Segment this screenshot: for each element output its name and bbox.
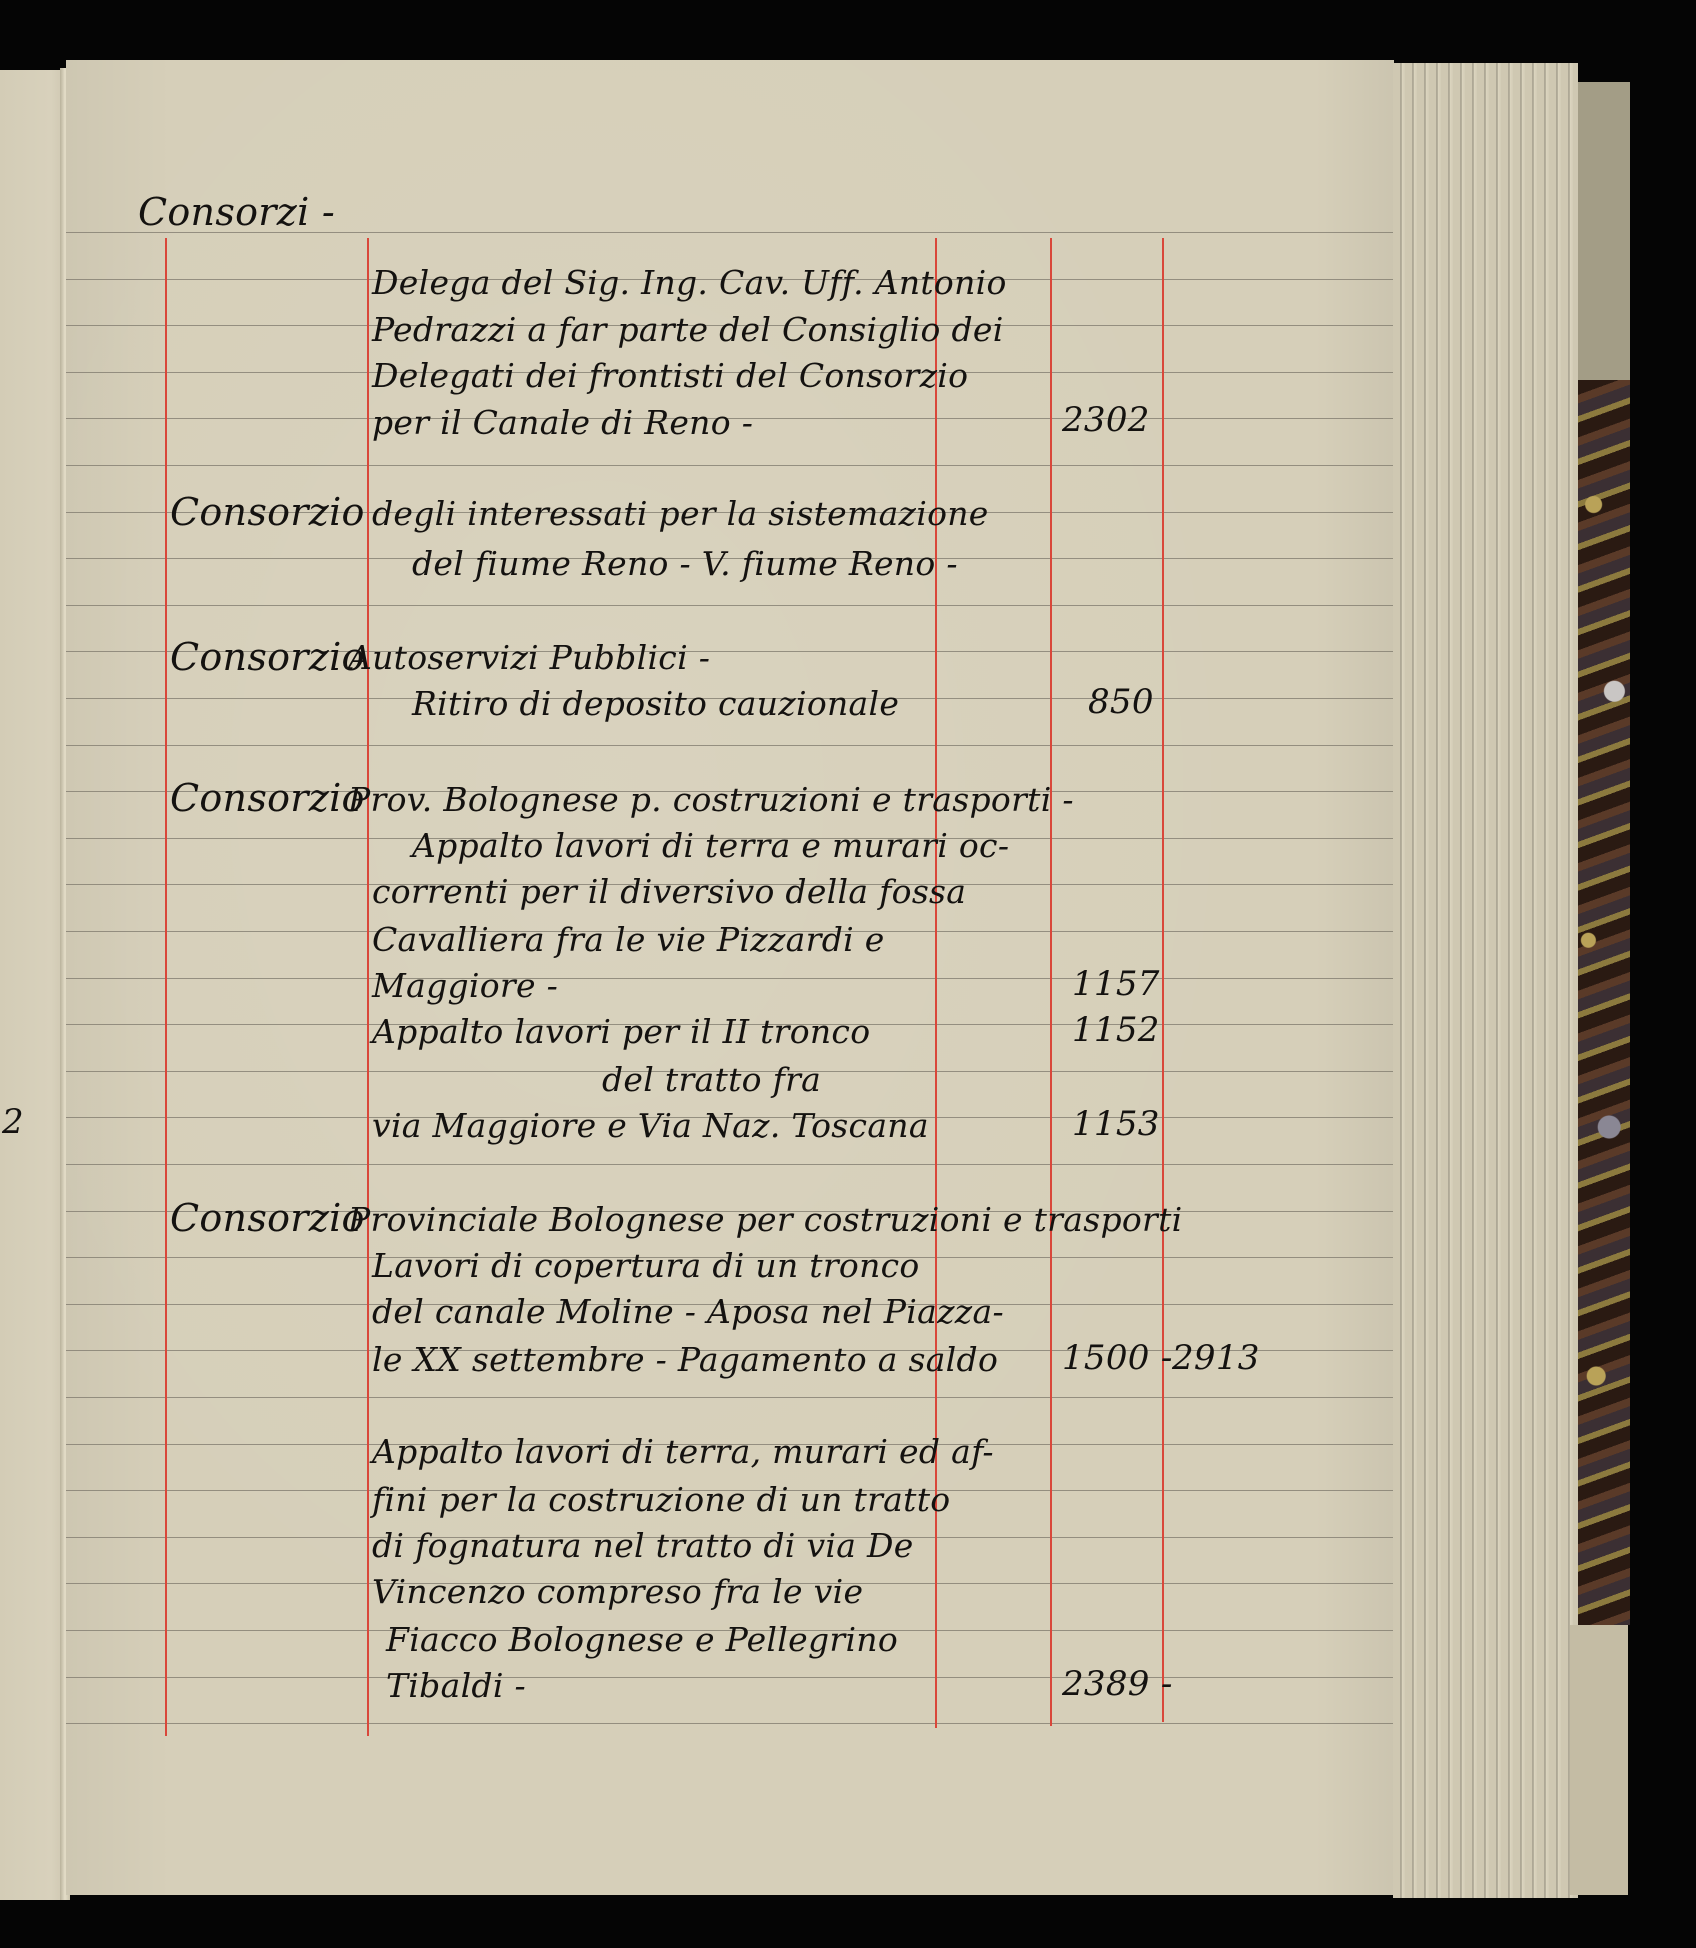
red-rule-1	[165, 238, 167, 1736]
entry-line: del fiume Reno - V. fiume Reno -	[412, 544, 958, 583]
entry-line: Pedrazzi a far parte del Consiglio dei	[372, 310, 1004, 349]
ruled-line	[66, 978, 1394, 979]
red-rule-4	[1050, 238, 1052, 1726]
entry-reference: 1500 -	[1062, 1338, 1173, 1378]
entry-line: Autoservizi Pubblici -	[348, 638, 710, 677]
entry-line: per il Canale di Reno -	[372, 403, 753, 442]
red-rule-5	[1162, 238, 1164, 1722]
entry-line: Appalto lavori per il II tronco	[372, 1012, 870, 1051]
entry-reference: 1157	[1072, 964, 1160, 1004]
entry-line: le XX settembre - Pagamento a saldo	[372, 1340, 998, 1379]
page-heading: Consorzi -	[138, 190, 335, 234]
entry-line: Delega del Sig. Ing. Cav. Uff. Antonio	[372, 263, 1007, 302]
entry-name: Consorzio	[170, 490, 365, 534]
entry-line: Ritiro di deposito cauzionale	[412, 684, 899, 723]
ruled-line	[66, 605, 1394, 606]
book-cover-corner-top	[1578, 82, 1630, 382]
entry-reference-2: 2913	[1172, 1338, 1260, 1378]
ruled-line	[66, 1723, 1394, 1724]
entry-line: del tratto fra	[602, 1060, 821, 1099]
entry-line: Cavalliera fra le vie Pizzardi e	[372, 920, 885, 959]
entry-line: Lavori di copertura di un tronco	[372, 1246, 920, 1285]
entry-line: Provinciale Bolognese per costruzioni e …	[348, 1200, 1183, 1239]
entry-line: fini per la costruzione di un tratto	[372, 1480, 950, 1519]
entry-reference: 1152	[1072, 1010, 1160, 1050]
marbled-cover	[1578, 380, 1630, 1625]
left-page-edge: 2	[0, 70, 64, 1900]
ledger-page: Consorzi - Delega del Sig. Ing. Cav. Uff…	[66, 60, 1394, 1895]
entry-line: Maggiore -	[372, 966, 558, 1005]
entry-line: Prov. Bolognese p. costruzioni e traspor…	[348, 780, 1074, 819]
entry-line: Fiacco Bolognese e Pellegrino	[386, 1620, 898, 1659]
entry-line: via Maggiore e Via Naz. Toscana	[372, 1106, 929, 1145]
ruled-line	[66, 745, 1394, 746]
entry-reference: 850	[1088, 682, 1154, 722]
page-edges-stack	[1393, 63, 1578, 1898]
entry-line: del canale Moline - Aposa nel Piazza-	[372, 1292, 1004, 1331]
entry-reference: 2302	[1062, 400, 1150, 440]
ruled-line	[66, 1164, 1394, 1165]
entry-reference: 1153	[1072, 1104, 1160, 1144]
red-rule-2	[367, 238, 369, 1736]
entry-name: Consorzio	[170, 635, 365, 679]
ruled-line	[66, 465, 1394, 466]
entry-name: Consorzio	[170, 1196, 365, 1240]
entry-line: Appalto lavori di terra e murari oc-	[412, 826, 1009, 865]
entry-reference: 2389 -	[1062, 1664, 1173, 1704]
entry-name: Consorzio	[170, 776, 365, 820]
entry-line: Tibaldi -	[386, 1666, 526, 1705]
left-margin-mark: 2	[2, 1102, 24, 1142]
entry-line: Vincenzo compreso fra le vie	[372, 1572, 863, 1611]
ruled-line	[66, 1397, 1394, 1398]
entry-line: Delegati dei frontisti del Consorzio	[372, 356, 968, 395]
entry-line: Appalto lavori di terra, murari ed af-	[372, 1432, 994, 1471]
entry-line: degli interessati per la sistemazione	[372, 494, 989, 533]
entry-line: correnti per il diversivo della fossa	[372, 872, 966, 911]
ruled-line	[66, 1677, 1394, 1678]
entry-line: di fognatura nel tratto di via De	[372, 1526, 914, 1565]
book-cover-corner-bottom	[1570, 1625, 1628, 1895]
